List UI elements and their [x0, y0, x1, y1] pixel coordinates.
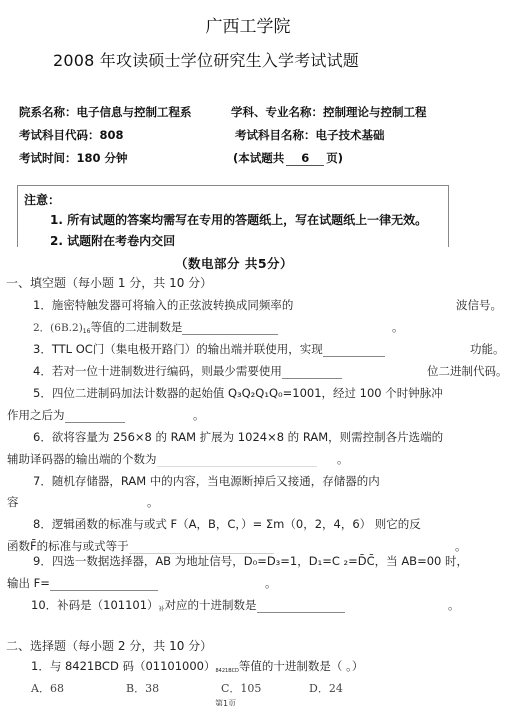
question-text-cont: 作用之后为: [7, 408, 65, 422]
page-count-prefix: (本试题共: [233, 151, 284, 165]
answer-blank[interactable]: [282, 366, 342, 379]
question-8: 8．逻辑函数的标准与或式 F（A，B，C，）= Σm（0，2，4，6） 则它的反: [33, 516, 421, 532]
question-1: 1．施密特触发器可将输入的正弦波转换成同频率的: [33, 297, 293, 313]
subject-name-label: 考试科目名称：: [235, 128, 316, 142]
major-field: 学科、专业名称：控制理论与控制工程: [231, 104, 427, 120]
question-8-tail: 。: [455, 538, 467, 554]
option-c[interactable]: C．105: [221, 680, 261, 696]
question-9-tail: 。: [265, 575, 277, 591]
page-count-field: (本试题共6页): [233, 150, 343, 166]
option-b[interactable]: B．38: [126, 680, 159, 696]
question-4-tail: 位二进制代码。: [427, 363, 508, 379]
notice-item-2: 2. 试题附在考卷内交回: [50, 232, 175, 249]
answer-blank[interactable]: [323, 344, 385, 357]
answer-blank[interactable]: [50, 578, 158, 591]
answer-blank[interactable]: [157, 454, 317, 467]
question-9-cont: 输出 F=: [7, 575, 158, 591]
subject-code-value: 808: [100, 128, 124, 142]
exam-time-label: 考试时间：: [19, 151, 77, 165]
question-5-tail: 。: [193, 407, 205, 423]
department-value: 电子信息与控制工程系: [77, 105, 192, 119]
subject-name-field: 考试科目名称：电子技术基础: [235, 127, 385, 143]
question-text: 1．与 8421BCD 码（01101000）: [31, 659, 216, 673]
question-text: 1．施密特触发器可将输入的正弦波转换成同频率的: [33, 298, 293, 312]
question-text-cont: 辅助译码器的输出端的个数为: [7, 452, 157, 466]
exam-time-field: 考试时间：180 分钟: [19, 150, 128, 166]
question-6: 6．欲将容量为 256×8 的 RAM 扩展为 1024×8 的 RAM，则需控…: [33, 429, 443, 445]
question-3-tail: 功能。: [470, 341, 505, 357]
question-2: 2．(6B.2)16等值的二进制数是: [33, 319, 278, 335]
question-10: 10．补码是（101101）补对应的十进制数是: [31, 597, 345, 613]
mc-question-1: 1．与 8421BCD 码（01101000）8421BCD等值的十进制数是（ …: [31, 658, 363, 674]
page-count-suffix: 页): [326, 151, 343, 165]
question-text-cont: 输出 F=: [7, 576, 50, 590]
notice-box: 注意： 1. 所有试题的答案均需写在专用的答题纸上，写在试题纸上一律无效。 2.…: [17, 185, 449, 247]
question-text: 8．逻辑函数的标准与或式 F（A，B，C，）= Σm（0，2，4，6） 则它的反: [33, 517, 421, 531]
question-6-tail: 。: [337, 451, 349, 467]
major-label: 学科、专业名称：: [231, 105, 323, 119]
question-7: 7．随机存储器，RAM 中的内容，当电源断掉后又接通，存储器的内: [33, 473, 380, 489]
question-text: 5．四位二进制码加法计数器的起始值 Q₃Q₂Q₁Q₀=1001，经过 100 个…: [33, 386, 443, 400]
question-text: 6．欲将容量为 256×8 的 RAM 扩展为 1024×8 的 RAM，则需控…: [33, 430, 443, 444]
exam-time-value: 180 分钟: [77, 151, 128, 165]
option-d[interactable]: D．24: [309, 680, 343, 696]
notice-item-1: 1. 所有试题的答案均需写在专用的答题纸上，写在试题纸上一律无效。: [50, 211, 427, 228]
notice-title: 注意：: [24, 191, 60, 208]
page-footer: 第1页: [215, 698, 236, 706]
answer-blank[interactable]: [65, 410, 125, 423]
question-text-cont: 容: [7, 495, 19, 509]
question-text: 10．补码是（101101）: [31, 598, 159, 612]
question-text: 9．四选一数据选择器，AB 为地址信号，D₀=D₃=1，D₁=C ₂=D̄C̄，…: [33, 554, 468, 568]
question-6-cont: 辅助译码器的输出端的个数为: [7, 451, 317, 467]
question-9: 9．四选一数据选择器，AB 为地址信号，D₀=D₃=1，D₁=C ₂=D̄C̄，…: [33, 553, 468, 569]
part-heading: （数电部分 共5分）: [175, 254, 293, 272]
subject-code-field: 考试科目代码：808: [19, 127, 124, 143]
question-7-tail: 。: [147, 494, 159, 510]
page-count-value: 6: [286, 151, 324, 166]
question-text: 4．若对一位十进制数进行编码，则最少需要使用: [33, 364, 282, 378]
school-name: 广西工学院: [0, 12, 526, 37]
question-10-tail: 。: [448, 597, 460, 613]
exam-title: 2008 年攻读硕士学位研究生入学考试试题: [53, 48, 359, 71]
question-1-tail: 波信号。: [456, 297, 502, 313]
question-text: 2．(6B.2): [33, 322, 83, 334]
question-text-cont: 等值的十进制数是（ 。）: [239, 659, 363, 673]
subscript: 8421BCD: [216, 668, 239, 674]
question-text-cont: 函数F̄的标准与或式等于: [7, 539, 129, 553]
subject-name-value: 电子技术基础: [316, 128, 385, 142]
question-2-tail: 。: [392, 319, 404, 335]
question-text: 7．随机存储器，RAM 中的内容，当电源断掉后又接通，存储器的内: [33, 474, 380, 488]
department-field: 院系名称：电子信息与控制工程系: [19, 104, 192, 120]
question-4: 4．若对一位十进制数进行编码，则最少需要使用: [33, 363, 342, 379]
question-5-cont: 作用之后为: [7, 407, 125, 423]
answer-blank[interactable]: [257, 600, 345, 613]
answer-blank[interactable]: [182, 322, 278, 335]
question-8-cont: 函数F̄的标准与或式等于: [7, 538, 274, 554]
question-text: 3．TTL OC门（集电极开路门）的输出端并联使用，实现: [33, 342, 323, 356]
question-5: 5．四位二进制码加法计数器的起始值 Q₃Q₂Q₁Q₀=1001，经过 100 个…: [33, 385, 443, 401]
major-value: 控制理论与控制工程: [323, 105, 427, 119]
section-1-heading: 一、填空题（每小题 1 分，共 10 分）: [6, 274, 212, 291]
question-7-cont: 容: [7, 494, 19, 510]
question-text-cont: 等值的二进制数是: [90, 320, 182, 334]
department-label: 院系名称：: [19, 105, 77, 119]
question-text-cont: 对应的十进制数是: [165, 598, 257, 612]
question-3: 3．TTL OC门（集电极开路门）的输出端并联使用，实现: [33, 341, 385, 357]
subject-code-label: 考试科目代码：: [19, 128, 100, 142]
option-a[interactable]: A．68: [31, 680, 64, 696]
section-2-heading: 二、选择题（每小题 2 分，共 10 分）: [6, 637, 212, 654]
